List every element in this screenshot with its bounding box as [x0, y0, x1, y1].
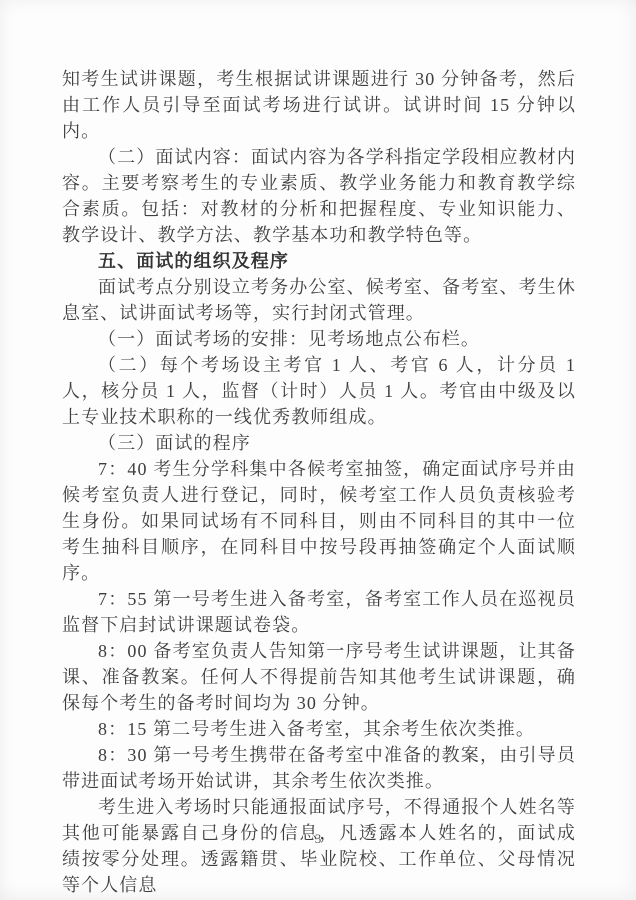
- section-heading-organization-procedure: 五、面试的组织及程序: [62, 248, 576, 274]
- page-number: 3: [0, 831, 636, 847]
- paragraph-0830-start-lecture: 8：30 第一号考生携带在备考室中准备的教案，由引导员带进面试考场开始试讲，其余…: [62, 742, 576, 794]
- document-page: 知考生试讲课题，考生根据试讲课题进行 30 分钟备考，然后由工作人员引导至面试考…: [0, 0, 636, 900]
- paragraph-0800-topic-notification: 8：00 备考室负责人告知第一序号考生试讲课题，让其备课、准备教案。任何人不得提…: [62, 638, 576, 716]
- paragraph-procedure-subheading: （三）面试的程序: [62, 430, 576, 456]
- paragraph-0755-first-candidate: 7：55 第一号考生进入备考室，备考室工作人员在巡视员监督下启封试讲课题试卷袋。: [62, 586, 576, 638]
- paragraph-0740-draw-lots: 7：40 考生分学科集中各候考室抽签，确定面试序号并由候考室负责人进行登记，同时…: [62, 456, 576, 586]
- paragraph-interview-site-setup: 面试考点分别设立考务办公室、候考室、备考室、考生休息室、试讲面试考场等，实行封闭…: [62, 274, 576, 326]
- paragraph-interview-content: （二）面试内容：面试内容为各学科指定学段相应教材内容。主要考察考生的专业素质、教…: [62, 144, 576, 248]
- paragraph-venue-arrangement: （一）面试考场的安排：见考场地点公布栏。: [62, 326, 576, 352]
- paragraph-0815-second-candidate: 8：15 第二号考生进入备考室，其余考生依次类推。: [62, 716, 576, 742]
- paragraph-continuation-trial-lecture: 知考生试讲课题，考生根据试讲课题进行 30 分钟备考，然后由工作人员引导至面试考…: [62, 66, 576, 144]
- paragraph-examiner-staffing: （二）每个考场设主考官 1 人、考官 6 人，计分员 1 人，核分员 1 人，监…: [62, 352, 576, 430]
- document-body: 知考生试讲课题，考生根据试讲课题进行 30 分钟备考，然后由工作人员引导至面试考…: [62, 66, 576, 898]
